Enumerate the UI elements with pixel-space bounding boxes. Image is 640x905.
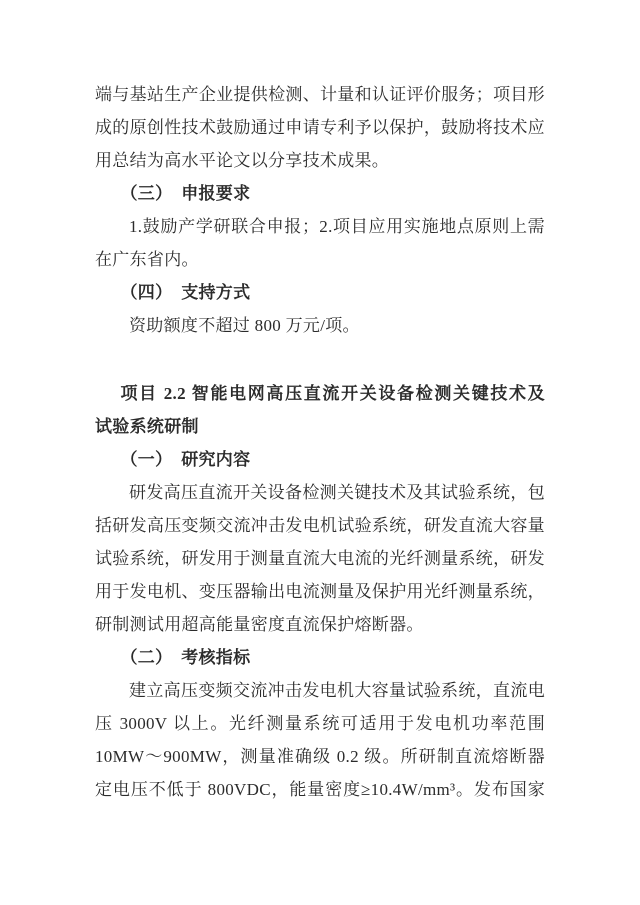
body-text-line: 端与基站生产企业提供检测、计量和认证评价服务；项目形 bbox=[95, 78, 545, 111]
document-page: 端与基站生产企业提供检测、计量和认证评价服务；项目形成的原创性技术鼓励通过申请专… bbox=[0, 0, 640, 905]
body-text-line: 1.鼓励产学研联合申报；2.项目应用实施地点原则上需 bbox=[95, 210, 545, 243]
heading-line: （一） 研究内容 bbox=[95, 443, 545, 476]
blank-line bbox=[95, 342, 545, 377]
body-text-line: 成的原创性技术鼓励通过申请专利予以保护，鼓励将技术应 bbox=[95, 111, 545, 144]
document-content: 端与基站生产企业提供检测、计量和认证评价服务；项目形成的原创性技术鼓励通过申请专… bbox=[0, 0, 640, 806]
body-text-line: 试验系统，研发用于测量直流大电流的光纤测量系统，研发 bbox=[95, 542, 545, 575]
heading-line: 项目 2.2 智能电网高压直流开关设备检测关键技术及 bbox=[95, 377, 545, 410]
heading-line: （四） 支持方式 bbox=[95, 276, 545, 309]
body-text-line: 10MW～900MW，测量准确级 0.2 级。所研制直流熔断器额 bbox=[95, 740, 545, 773]
body-text-line: 研制测试用超高能量密度直流保护熔断器。 bbox=[95, 608, 545, 641]
body-text-line: 建立高压变频交流冲击发电机大容量试验系统，直流电 bbox=[95, 674, 545, 707]
body-text-line: 资助额度不超过 800 万元/项。 bbox=[95, 309, 545, 342]
body-text-line: 在广东省内。 bbox=[95, 243, 545, 276]
body-text-line: 研发高压直流开关设备检测关键技术及其试验系统，包 bbox=[95, 476, 545, 509]
body-text-line: 压 3000V 以上。光纤测量系统可适用于发电机功率范围 bbox=[95, 707, 545, 740]
body-text-line: 用于发电机、变压器输出电流测量及保护用光纤测量系统， bbox=[95, 575, 545, 608]
body-text-line: 用总结为高水平论文以分享技术成果。 bbox=[95, 144, 545, 177]
body-text-line: 定电压不低于 800VDC，能量密度≥10.4W/mm³。发布国家 bbox=[95, 773, 545, 806]
heading-line: （三） 申报要求 bbox=[95, 177, 545, 210]
heading-line: 试验系统研制 bbox=[95, 410, 545, 443]
heading-line: （二） 考核指标 bbox=[95, 641, 545, 674]
body-text-line: 括研发高压变频交流冲击发电机试验系统，研发直流大容量 bbox=[95, 509, 545, 542]
